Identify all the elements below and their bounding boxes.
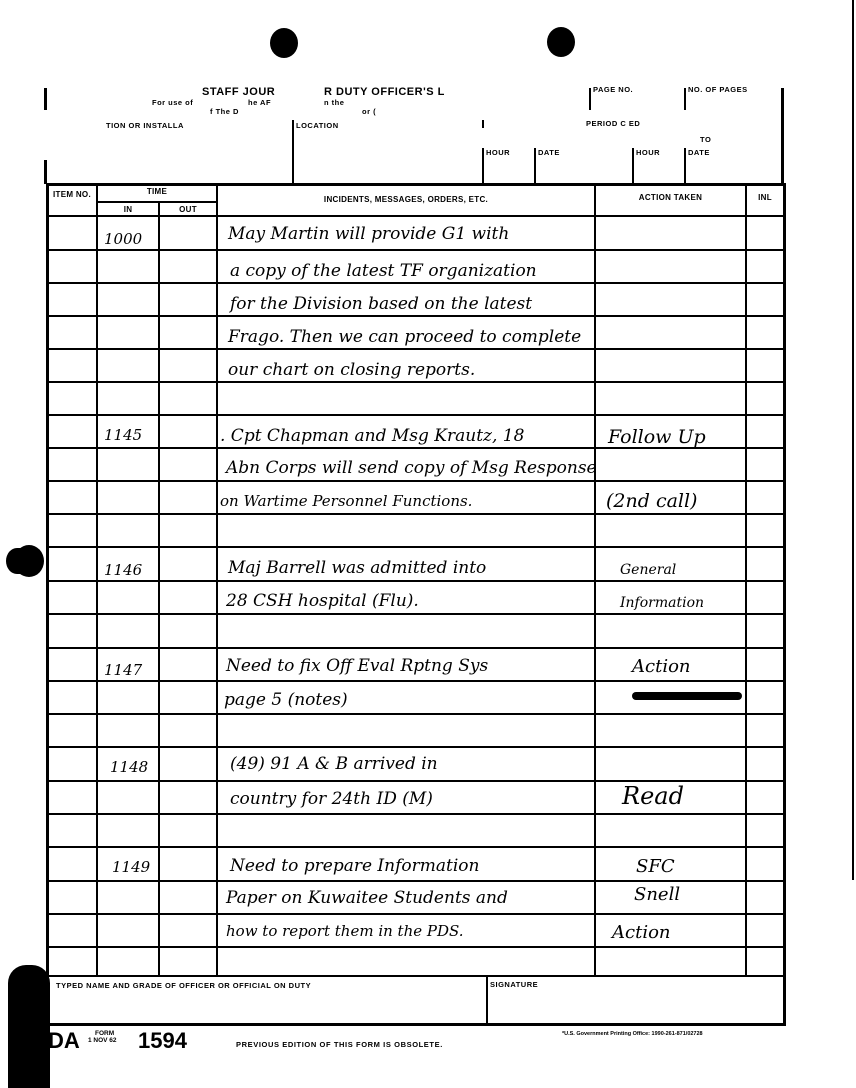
typed-name-field[interactable] (50, 992, 484, 1022)
row-line (47, 846, 785, 848)
col-header-in: IN (98, 205, 158, 214)
entry-line: Maj Barrell was admitted into (228, 560, 486, 577)
entry-time-in: 1145 (104, 428, 142, 443)
row-line (47, 680, 785, 682)
previous-edition-note: PREVIOUS EDITION OF THIS FORM IS OBSOLET… (236, 1040, 443, 1049)
col-header-incidents: INCIDENTS, MESSAGES, ORDERS, ETC. (218, 195, 594, 204)
redaction-bar (632, 692, 742, 700)
row-line (47, 315, 785, 317)
entry-line: (49) 91 A & B arrived in (230, 756, 438, 773)
row-line (47, 880, 785, 882)
form-date: 1 NOV 62 (88, 1037, 117, 1044)
row-line (47, 647, 785, 649)
action-text: Snell (634, 886, 680, 904)
header-bottom-line (47, 215, 785, 217)
action-text: (2nd call) (606, 492, 697, 511)
col-header-time: TIME (98, 187, 216, 196)
typed-name-label: TYPED NAME AND GRADE OF OFFICER OR OFFIC… (56, 981, 311, 990)
row-line (47, 613, 785, 615)
row-line (47, 813, 785, 815)
form-edition-block: FORM 1 NOV 62 (88, 1030, 117, 1044)
entry-line: for the Division based on the latest (230, 296, 532, 313)
entry-line: on Wartime Personnel Functions. (220, 494, 472, 509)
entry-line: a copy of the latest TF organization (230, 263, 537, 280)
entry-line: 28 CSH hospital (Flu). (226, 593, 419, 610)
entry-line: Frago. Then we can proceed to complete (228, 329, 581, 346)
action-text: Read (622, 784, 684, 808)
action-text: Follow Up (608, 428, 706, 447)
entry-time-in: 1149 (112, 860, 150, 875)
signature-bottom-line (47, 1023, 786, 1026)
row-line (47, 580, 785, 582)
row-line (47, 414, 785, 416)
col-divider-in-out (158, 202, 160, 976)
entry-line: country for 24th ID (M) (230, 791, 433, 808)
action-text: Action (632, 658, 691, 676)
row-line (47, 348, 785, 350)
action-text: SFC (636, 858, 675, 876)
signature-divider (486, 976, 488, 1024)
table-top-border (47, 183, 786, 186)
table-right-border (783, 183, 786, 1025)
row-line (47, 381, 785, 383)
table-body-bottom (47, 975, 785, 977)
entry-line: Paper on Kuwaitee Students and (226, 890, 508, 907)
col-header-out: OUT (160, 205, 216, 214)
table-left-border (46, 183, 49, 1025)
row-line (47, 546, 785, 548)
col-header-item-no: ITEM NO. (50, 190, 94, 199)
action-text: General (620, 563, 676, 577)
row-line (47, 513, 785, 515)
entry-line: Need to prepare Information (230, 858, 479, 875)
entry-line: . Cpt Chapman and Msg Krautz, 18 (220, 428, 524, 445)
entry-line: Need to fix Off Eval Rptng Sys (226, 658, 488, 675)
entry-time-in: 1147 (104, 663, 142, 678)
row-line (47, 282, 785, 284)
entry-time-in: 1000 (104, 232, 142, 247)
col-header-action-taken: ACTION TAKEN (596, 193, 745, 202)
form-word: FORM (88, 1030, 117, 1037)
row-line (47, 249, 785, 251)
col-header-inl: INL (747, 193, 783, 202)
entry-line: May Martin will provide G1 with (228, 226, 509, 243)
row-line (47, 713, 785, 715)
entry-time-in: 1148 (110, 760, 148, 775)
row-line (47, 946, 785, 948)
signature-field[interactable] (490, 992, 782, 1022)
row-line (47, 480, 785, 482)
form-number: 1594 (138, 1028, 187, 1054)
entry-line: how to report them in the PDS. (226, 924, 464, 939)
entry-line: page 5 (notes) (224, 692, 348, 709)
action-text: Information (620, 596, 704, 610)
entry-time-in: 1146 (104, 563, 142, 578)
entry-line: our chart on closing reports. (228, 362, 475, 379)
action-text: Action (612, 924, 671, 942)
row-line (47, 913, 785, 915)
form-da-label: DA (48, 1028, 80, 1054)
time-subheader-line (96, 201, 217, 203)
row-line (47, 746, 785, 748)
signature-label: SIGNATURE (490, 980, 538, 989)
gpo-imprint: *U.S. Government Printing Office: 1990-2… (562, 1031, 703, 1037)
entry-line: Abn Corps will send copy of Msg Response (226, 460, 597, 477)
